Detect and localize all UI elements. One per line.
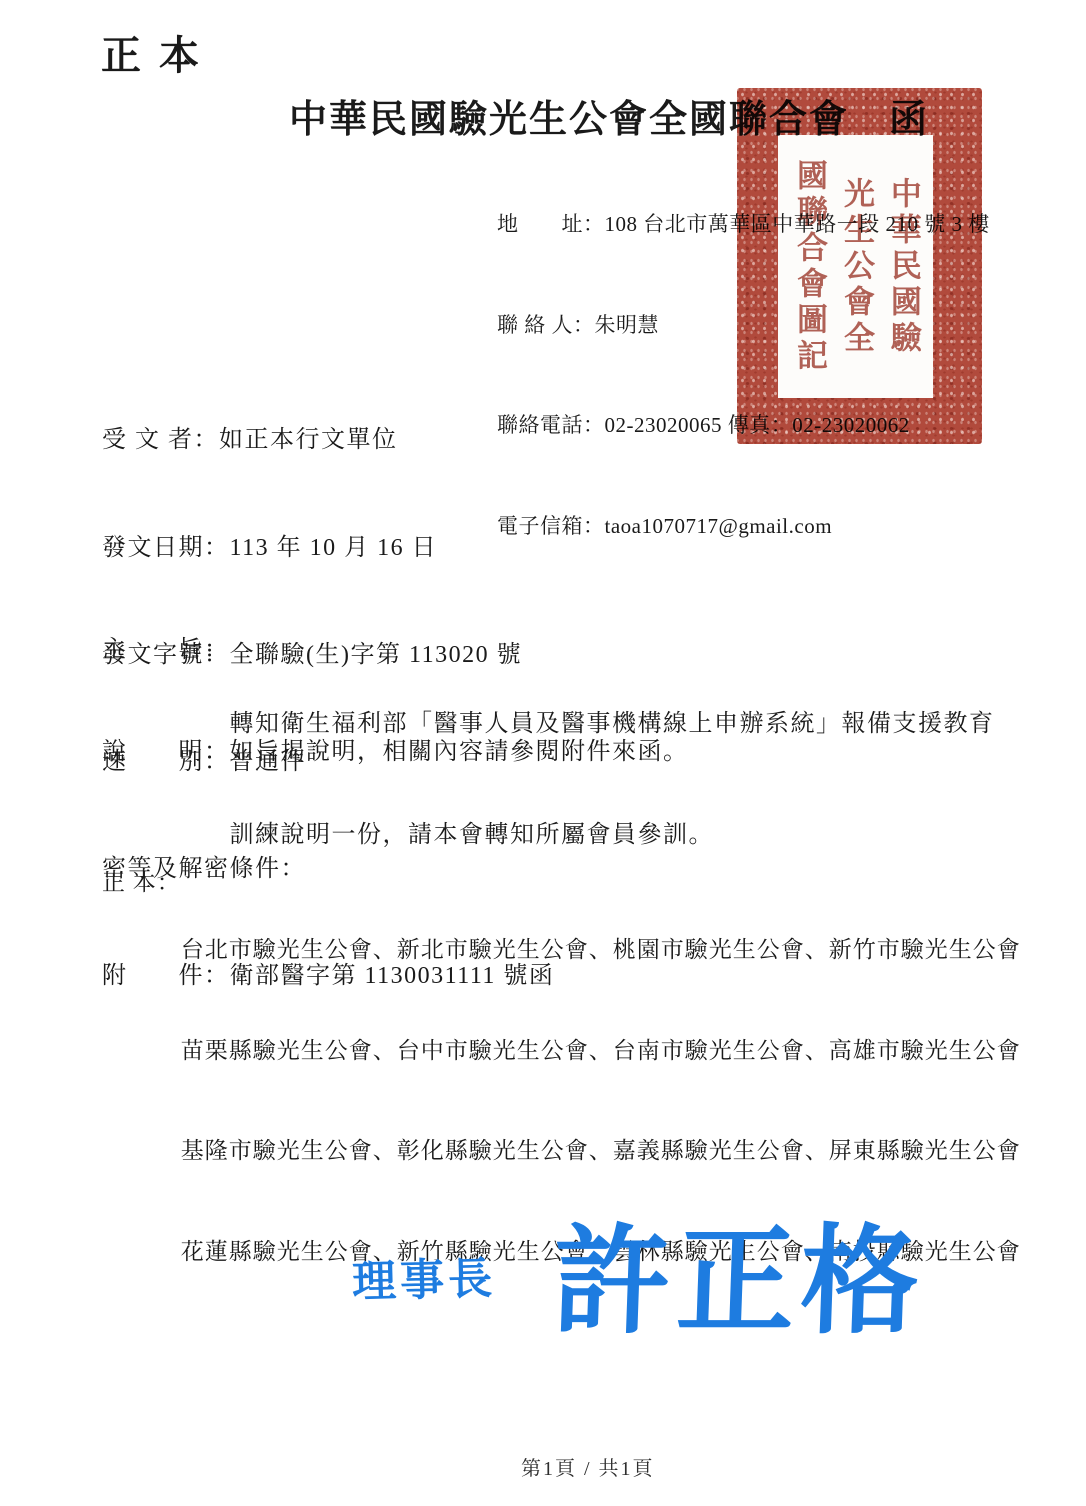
meta-field-date: 發文日期：113 年 10 月 16 日 <box>102 531 554 567</box>
description-content: 如旨揭說明，相關內容請參閱附件來函。 <box>230 734 689 771</box>
subject-label: 主 旨： <box>102 632 230 669</box>
copy-type-label: 正本 <box>101 24 217 81</box>
meta-field-recipient: 受 文 者：如正本行文單位 <box>102 423 554 459</box>
signature-name: 許正格 <box>550 1186 928 1356</box>
meta-label: 受 文 者： <box>102 427 219 453</box>
page-number-indicator: 第1頁 / 共1頁 <box>521 1452 655 1481</box>
seal-column: 國聯合會圖記 <box>786 159 831 375</box>
seal-column: 光生公會全 <box>833 177 878 357</box>
signature-title: 理事長 <box>351 1242 497 1310</box>
contact-email: 電子信箱：taoa1070717@gmail.com <box>497 510 990 544</box>
subject-line: 訓練說明一份，請本會轉知所屬會員參訓。 <box>230 817 995 854</box>
meta-value: 如正本行文單位 <box>219 427 398 453</box>
recipients-line: 基隆市驗光生公會、彰化縣驗光生公會、嘉義縣驗光生公會、屏東縣驗光生公會 <box>181 1134 1021 1168</box>
recipients-line: 苗栗縣驗光生公會、台中市驗光生公會、台南市驗光生公會、高雄市驗光生公會 <box>181 1034 1021 1068</box>
seal-inscription-box: 中華民國驗 光生公會全 國聯合會圖記 <box>778 135 933 398</box>
description-label: 說 明： <box>102 734 230 771</box>
meta-value: 113 年 10 月 16 日 <box>230 535 438 561</box>
seal-column: 中華民國驗 <box>880 177 925 357</box>
official-red-seal: 中華民國驗 光生公會全 國聯合會圖記 <box>737 88 982 444</box>
recipients-line: 台北市驗光生公會、新北市驗光生公會、桃園市驗光生公會、新竹市驗光生公會 <box>181 933 1021 967</box>
meta-label: 發文日期： <box>102 535 230 561</box>
recipients-label: 正 本： <box>102 866 181 900</box>
description-section: 說 明： 如旨揭說明，相關內容請參閱附件來函。 <box>102 734 689 771</box>
official-letter-page: 正本 中華民國驗光生公會全國聯合會 函 地 址：108 台北市萬華區中華路一段 … <box>0 0 1086 1506</box>
